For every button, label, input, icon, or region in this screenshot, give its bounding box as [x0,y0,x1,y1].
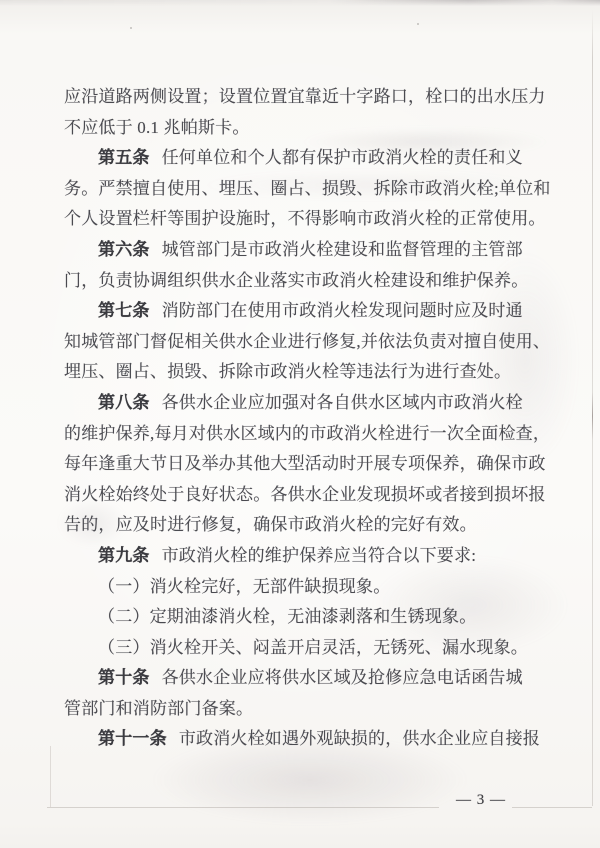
line-text: 消防部门在使用市政消火栓发现问题时应及时通 [162,301,523,320]
line-text: 不应低于 0.1 兆帕斯卡。 [64,118,250,137]
text-line: 第八条各供水企业应加强对各自供水区域内市政消火栓 [64,388,542,419]
page-edge-line-right [592,10,593,806]
text-line: 每年逢重大节日及举办其他大型活动时开展专项保养，确保市政 [64,449,542,480]
text-line: 门，负责协调组织供水企业落实市政消火栓建设和维护保养。 [64,266,542,297]
text-line: 第十条各供水企业应将供水区域及抢修应急电话函告城 [64,663,542,694]
line-text: 应沿道路两侧设置；设置位置宜靠近十字路口，栓口的出水压力 [64,87,546,106]
line-text: 告的，应及时进行修复，确保市政消火栓的完好有效。 [64,515,477,534]
text-line: 务。严禁擅自使用、埋压、圈占、损毁、拆除市政消火栓;单位和 [64,174,542,205]
article-number: 第五条 [98,148,150,167]
text-line: 第十一条市政消火栓如遇外观缺损的，供水企业应自接报 [64,724,542,755]
text-line: 第九条市政消火栓的维护保养应当符合以下要求: [64,541,542,572]
line-text: 任何单位和个人都有保护市政消火栓的责任和义 [162,148,523,167]
article-number: 第八条 [98,393,150,412]
line-text: 的维护保养,每月对供水区域内的市政消火栓进行一次全面检查， [64,424,550,443]
page-fold-line-left [50,746,51,807]
text-line: 的维护保养,每月对供水区域内的市政消火栓进行一次全面检查， [64,419,542,450]
line-text: 各供水企业应将供水区域及抢修应急电话函告城 [162,668,523,687]
line-text: 知城管部门督促相关供水企业进行修复,并依法负责对擅自使用、 [64,332,550,351]
text-line: 不应低于 0.1 兆帕斯卡。 [64,113,542,144]
paper-speck [130,27,132,29]
text-line: 第五条任何单位和个人都有保护市政消火栓的责任和义 [64,143,542,174]
page-fold-line-bottom-right [512,807,592,808]
page-number: — 3 — [448,792,514,809]
article-number: 第十一条 [98,729,167,748]
text-line: 个人设置栏杆等围护设施时，不得影响市政消火栓的正常使用。 [64,204,542,235]
line-text: 市政消火栓的维护保养应当符合以下要求: [162,546,477,565]
line-text: 每年逢重大节日及举办其他大型活动时开展专项保养，确保市政 [64,454,546,473]
line-text: 务。严禁擅自使用、埋压、圈占、损毁、拆除市政消火栓;单位和 [64,179,551,198]
line-text: （三）消火栓开关、闷盖开启灵活，无锈死、漏水现象。 [98,638,528,657]
text-line: 第六条城管部门是市政消火栓建设和监督管理的主管部 [64,235,542,266]
text-line: 第七条消防部门在使用市政消火栓发现问题时应及时通 [64,296,542,327]
text-line: （二）定期油漆消火栓，无油漆剥落和生锈现象。 [64,602,542,633]
line-text: 各供水企业应加强对各自供水区域内市政消火栓 [162,393,523,412]
text-line: 告的，应及时进行修复，确保市政消火栓的完好有效。 [64,510,542,541]
text-line: 知城管部门督促相关供水企业进行修复,并依法负责对擅自使用、 [64,327,542,358]
paper-speck [417,23,419,25]
line-text: 市政消火栓如遇外观缺损的，供水企业应自接报 [179,729,540,748]
article-number: 第十条 [98,668,150,687]
text-line: 埋压、圈占、损毁、拆除市政消火栓等违法行为进行查处。 [64,357,542,388]
line-text: 城管部门是市政消火栓建设和监督管理的主管部 [162,240,523,259]
line-text: 埋压、圈占、损毁、拆除市政消火栓等违法行为进行查处。 [64,362,511,381]
text-line: 管部门和消防部门备案。 [64,694,542,725]
article-number: 第六条 [98,240,150,259]
line-text: 门，负责协调组织供水企业落实市政消火栓建设和维护保养。 [64,271,528,290]
text-line: 消火栓始终处于良好状态。各供水企业发现损坏或者接到损坏报 [64,480,542,511]
scan-top-shadow [0,0,600,6]
line-text: 个人设置栏杆等围护设施时，不得影响市政消火栓的正常使用。 [64,209,546,228]
line-text: （一）消火栓完好，无部件缺损现象。 [98,577,390,596]
line-text: （二）定期油漆消火栓，无油漆剥落和生锈现象。 [98,607,476,626]
article-number: 第九条 [98,546,150,565]
scanned-document-page: 应沿道路两侧设置；设置位置宜靠近十字路口，栓口的出水压力不应低于 0.1 兆帕斯… [0,0,600,848]
text-line: 应沿道路两侧设置；设置位置宜靠近十字路口，栓口的出水压力 [64,82,542,113]
line-text: 管部门和消防部门备案。 [64,699,253,718]
document-body-text: 应沿道路两侧设置；设置位置宜靠近十字路口，栓口的出水压力不应低于 0.1 兆帕斯… [64,82,542,755]
text-line: （一）消火栓完好，无部件缺损现象。 [64,572,542,603]
line-text: 消火栓始终处于良好状态。各供水企业发现损坏或者接到损坏报 [64,485,546,504]
text-line: （三）消火栓开关、闷盖开启灵活，无锈死、漏水现象。 [64,633,542,664]
article-number: 第七条 [98,301,150,320]
